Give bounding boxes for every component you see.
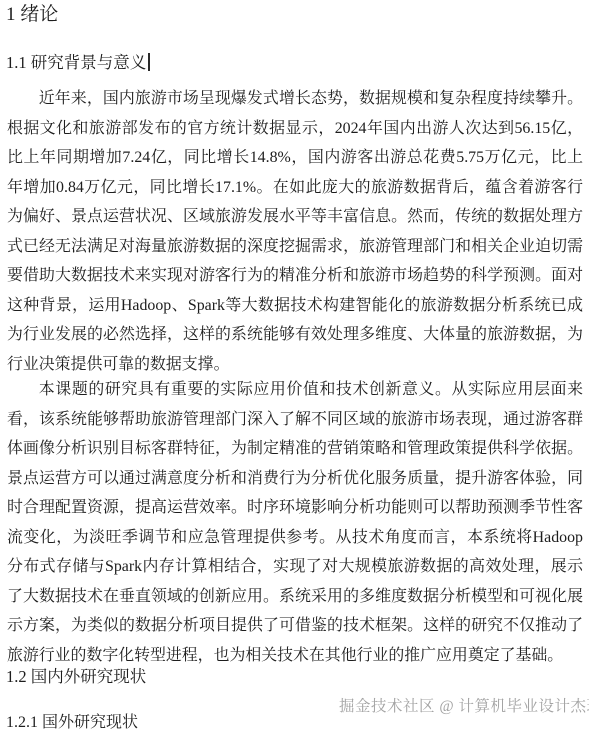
section-heading-1-1: 1.1 研究背景与意义 <box>6 52 583 74</box>
document-page[interactable]: 1 绪论 1.1 研究背景与意义 近年来，国内旅游市场呈现爆发式增长态势，数据规… <box>0 0 589 734</box>
watermark: 掘金技术社区 @ 计算机毕业设计杰瑞 <box>339 697 589 717</box>
text-line: 为行业发展的必然选择，这样的系统能够有效处理多维度、大体量的旅游数据，为 <box>7 320 583 350</box>
text-line: 看，该系统能够帮助旅游管理部门深入了解不同区域的旅游市场表现，通过游客群 <box>7 405 583 435</box>
text-line: 分布式存储与Spark内存计算相结合，实现了对大规模旅游数据的高效处理，展示 <box>7 552 583 582</box>
text-line: 比上年同期增加7.24亿，同比增长14.8%，国内游客出游总花费5.75万亿元，… <box>7 143 583 173</box>
text-cursor <box>148 53 150 71</box>
text-line: 了大数据技术在垂直领域的创新应用。系统采用的多维度数据分析模型和可视化展 <box>7 582 583 612</box>
chapter-heading: 1 绪论 <box>6 2 583 28</box>
text-line: 年增加0.84万亿元，同比增长17.1%。在如此庞大的旅游数据背后，蕴含着游客行 <box>7 173 583 203</box>
text-line: 流变化，为淡旺季调节和应急管理提供参考。从技术角度而言，本系统将Hadoop <box>7 523 583 553</box>
text-line: 体画像分析识别目标客群特征，为制定精准的营销策略和管理政策提供科学依据。 <box>7 434 583 464</box>
text-line: 时合理配置资源，提高运营效率。时序环境影响分析功能则可以帮助预测季节性客 <box>7 493 583 523</box>
text-line: 本课题的研究具有重要的实际应用价值和技术创新意义。从实际应用层面来 <box>7 375 583 405</box>
text-line: 式已经无法满足对海量旅游数据的深度挖掘需求，旅游管理部门和相关企业迫切需 <box>7 232 583 262</box>
text-line: 景点运营方可以通过满意度分析和消费行为分析优化服务质量，提升游客体验，同 <box>7 464 583 494</box>
paragraph-background[interactable]: 近年来，国内旅游市场呈现爆发式增长态势，数据规模和复杂程度持续攀升。 根据文化和… <box>7 84 583 379</box>
text-line: 示方案，为类似的数据分析项目提供了可借鉴的技术框架。这样的研究不仅推动了 <box>7 611 583 641</box>
section-heading-1-2: 1.2 国内外研究现状 <box>6 666 583 688</box>
text-line: 为偏好、景点运营状况、区域旅游发展水平等丰富信息。然而，传统的数据处理方 <box>7 202 583 232</box>
text-line: 根据文化和旅游部发布的官方统计数据显示，2024年国内出游人次达到56.15亿， <box>7 114 583 144</box>
section-heading-1-1-text: 1.1 研究背景与意义 <box>6 53 146 72</box>
text-line: 要借助大数据技术来实现对游客行为的精准分析和旅游市场趋势的科学预测。面对 <box>7 261 583 291</box>
text-line: 这种背景，运用Hadoop、Spark等大数据技术构建智能化的旅游数据分析系统已… <box>7 291 583 321</box>
text-line: 近年来，国内旅游市场呈现爆发式增长态势，数据规模和复杂程度持续攀升。 <box>7 84 583 114</box>
paragraph-significance[interactable]: 本课题的研究具有重要的实际应用价值和技术创新意义。从实际应用层面来 看，该系统能… <box>7 375 583 670</box>
